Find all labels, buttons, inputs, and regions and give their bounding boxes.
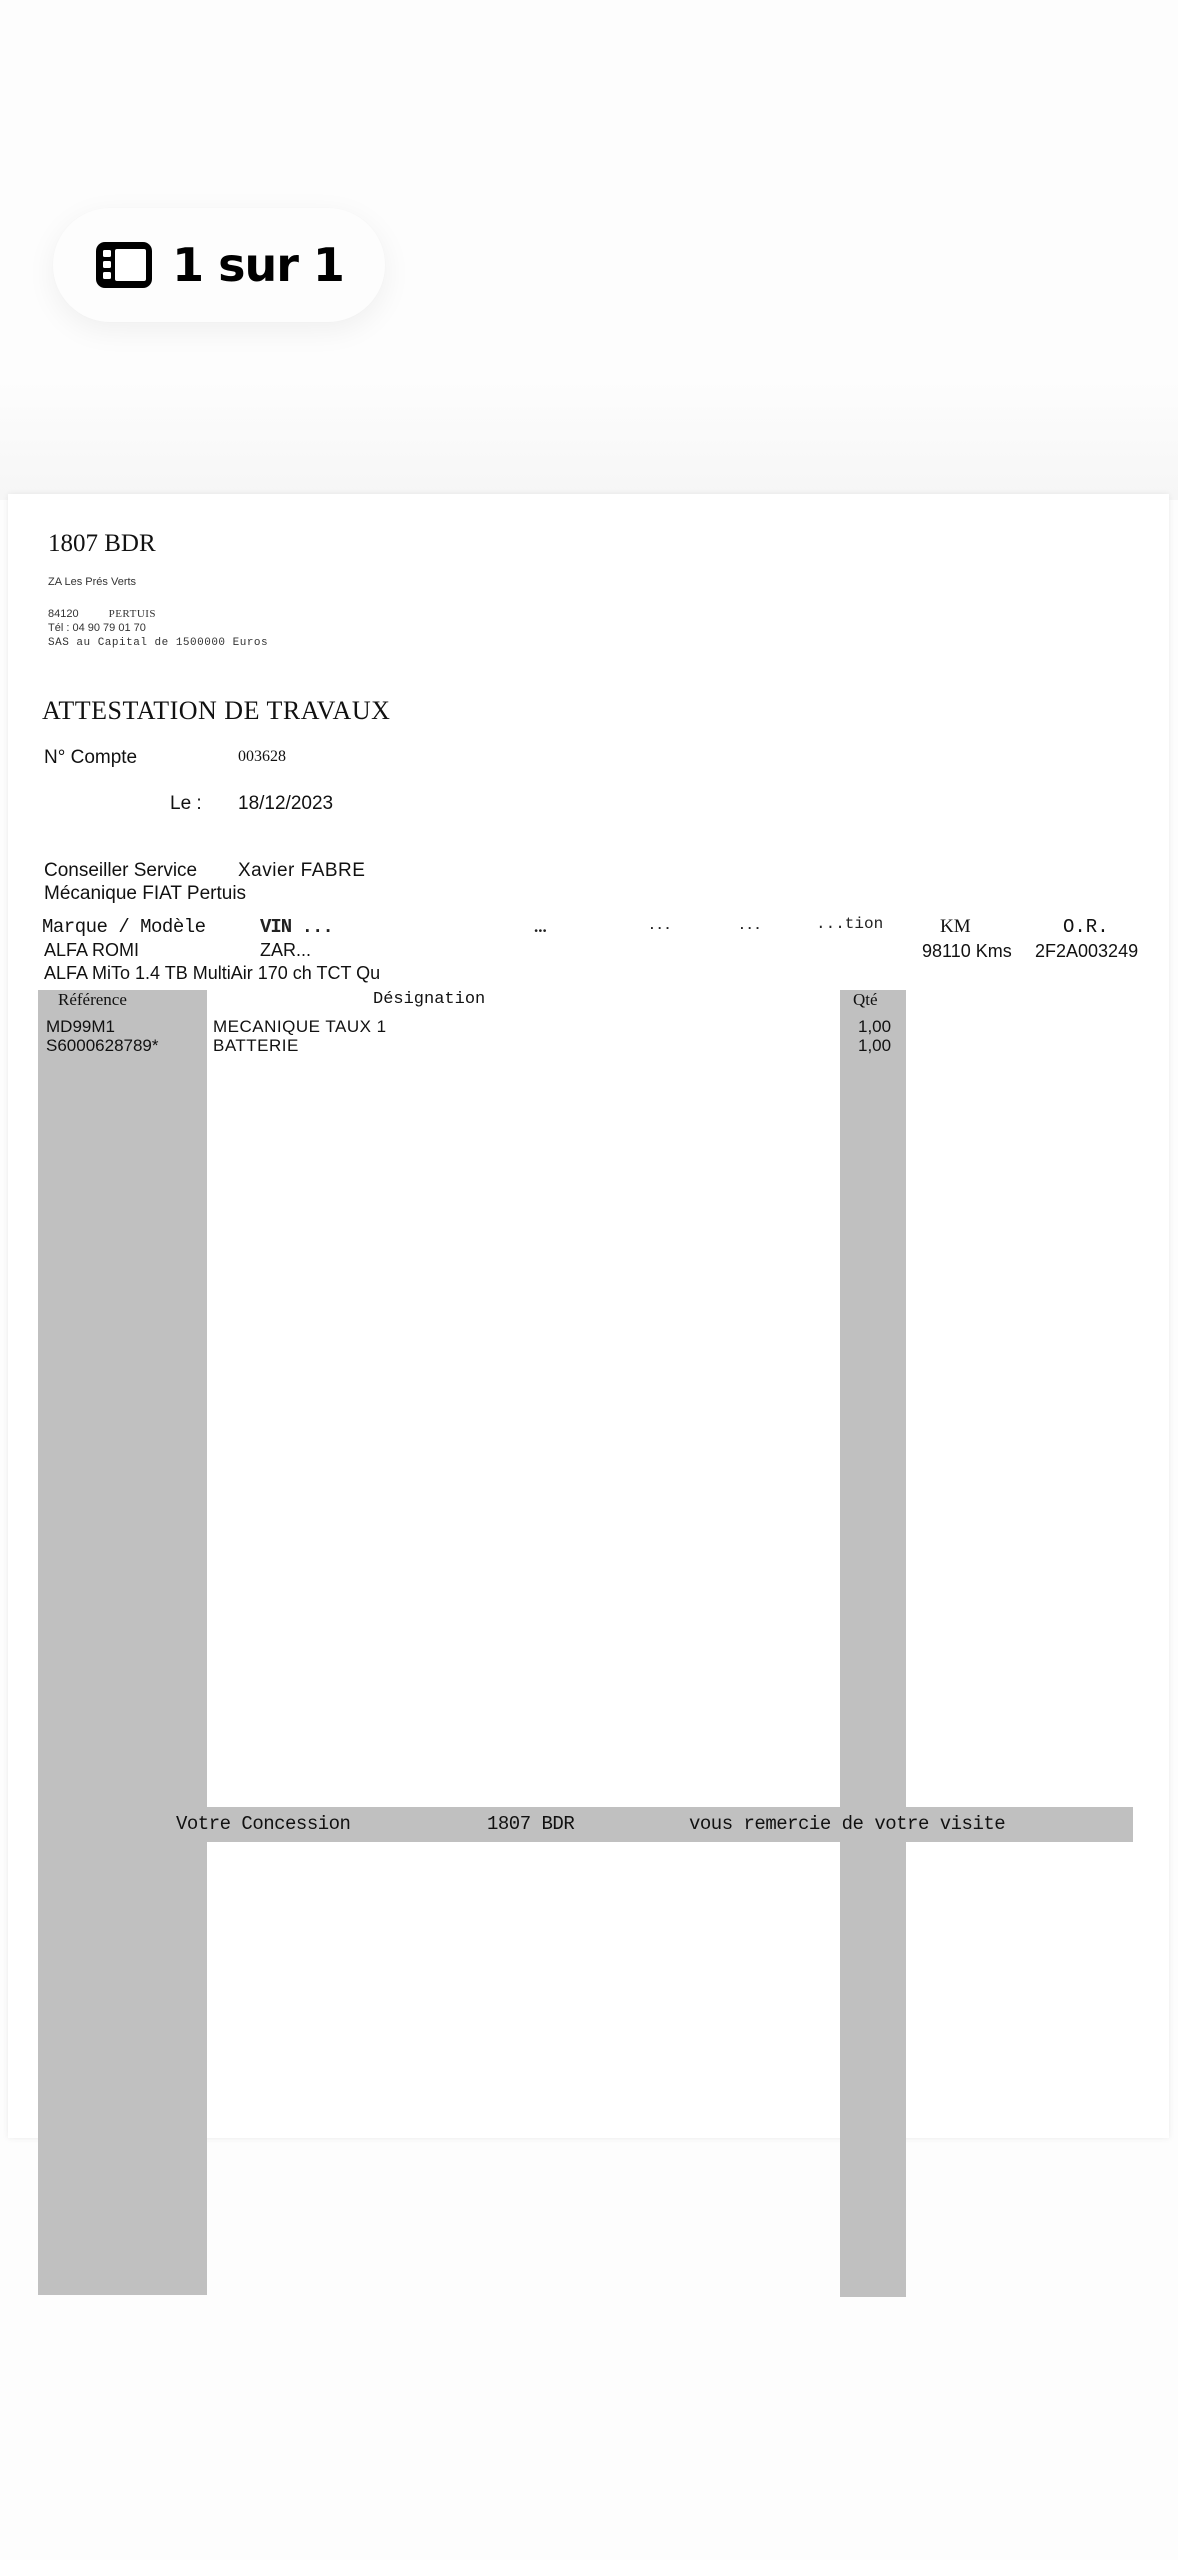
header-vin: VIN ... [260,916,333,938]
company-postal-city: 84120PERTUIS [48,608,156,620]
page-indicator-pill[interactable]: 1 sur 1 [53,208,385,322]
table-row: S6000628789* BATTERIE 1,00 [8,1036,1169,1056]
header-col5: ... [738,918,761,933]
header-col6: ...tion [816,915,883,933]
company-phone: Tél : 04 90 79 01 70 [48,622,146,634]
vehicle-marque: ALFA ROMI [44,940,139,961]
footer-part1: Votre Concession [176,1813,350,1835]
account-value: 003628 [238,748,286,766]
header-col3: ... [534,917,547,937]
row-designation: MECANIQUE TAUX 1 [213,1017,387,1037]
table-header-reference: Référence [58,990,127,1010]
row-reference: MD99M1 [46,1017,115,1037]
table-header-designation: Désignation [373,990,485,1009]
sidebar-pages-icon[interactable] [94,240,154,290]
table-row: MD99M1 MECANIQUE TAUX 1 1,00 [8,1017,1169,1037]
document-page: 1807 BDR ZA Les Prés Verts 84120PERTUIS … [8,494,1169,2138]
row-qte: 1,00 [858,1036,891,1056]
company-legal: SAS au Capital de 1500000 Euros [48,637,268,649]
viewer-background-shade [0,380,1178,500]
date-label: Le : [170,793,202,815]
header-marque-modele: Marque / Modèle [42,916,206,938]
postal-code: 84120 [48,608,79,620]
city: PERTUIS [109,608,156,620]
footer-thank-you-bar: Votre Concession 1807 BDR vous remercie … [38,1807,1133,1842]
page-indicator-text: 1 sur 1 [172,238,344,292]
footer-part2: 1807 BDR [487,1813,574,1835]
header-km: KM [940,916,971,938]
row-qte: 1,00 [858,1017,891,1037]
vehicle-or: 2F2A003249 [1035,941,1138,962]
document-title: ATTESTATION DE TRAVAUX [42,696,390,726]
reference-column-band [38,990,207,2295]
header-col4: ... [648,918,671,933]
header-or: O.R. [1063,916,1109,938]
footer-part3: vous remercie de votre visite [689,1813,1005,1835]
row-reference: S6000628789* [46,1036,159,1056]
row-designation: BATTERIE [213,1036,299,1056]
advisor-label: Conseiller Service [44,860,197,882]
vehicle-model: ALFA MiTo 1.4 TB MultiAir 170 ch TCT Qu [44,963,380,984]
department: Mécanique FIAT Pertuis [44,883,246,905]
vehicle-vin: ZAR... [260,940,311,961]
qte-column-band [840,990,906,2297]
table-header-qte: Qté [853,990,878,1010]
company-address: ZA Les Prés Verts [48,576,136,588]
vehicle-km: 98110 Kms [922,941,1012,962]
company-name: 1807 BDR [48,530,156,558]
advisor-value: Xavier FABRE [238,860,365,882]
account-label: N° Compte [44,747,137,769]
date-value: 18/12/2023 [238,793,333,815]
